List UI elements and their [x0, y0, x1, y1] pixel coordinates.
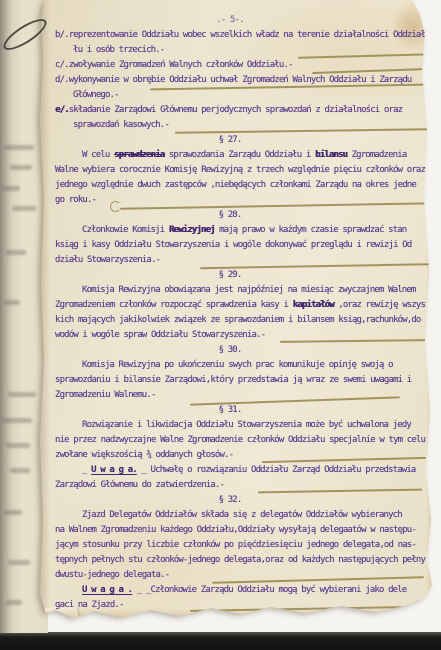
paragraph-29-line: kich mających jakikolwiek związek ze spr…: [55, 313, 438, 328]
paragraph-27-line: jednego względnie dwuch zastępców ,niebę…: [55, 178, 438, 193]
overtyped-word: sprawdzenia: [114, 150, 164, 160]
text-segment: Zgromadzeniem członków rozpocząć sprawdz…: [55, 300, 293, 310]
pen-curl-mark: [110, 201, 121, 212]
uwaga-note-line: U w a g a . _ _Członkowie Zarządu Oddzia…: [55, 583, 438, 598]
section-heading-31: § 31.: [36, 403, 424, 418]
paragraph-27-line: Walne wybiera corocznie Komisję Rewizyjn…: [55, 163, 438, 178]
text-segment: Członkowie Komisji: [82, 225, 169, 235]
text-segment: _: [82, 465, 91, 475]
list-item-b: b/.reprezentowanie Oddziału wobec wszelk…: [55, 28, 438, 43]
text-segment: W celu: [82, 150, 114, 160]
scanned-document: .- 5-. b/.reprezentowanie Oddziału wobec…: [0, 0, 441, 650]
section-heading-29: § 29.: [36, 268, 424, 283]
section-heading-32: § 32.: [36, 493, 424, 508]
uwaga-label: U w a g a.: [91, 465, 137, 475]
paragraph-29-line: Komisja Rewizyjna obowiązana jest najpóź…: [55, 283, 438, 298]
list-item-e: e/.składanie Zarządowi Głównemu perjodyc…: [55, 103, 438, 118]
page-number: .- 5-.: [36, 13, 424, 28]
paragraph-31-line: nie przez nadzwyczajne Walne Zgromadzeni…: [55, 433, 438, 448]
paragraph-32-line: jącym stosunku przy liczbie członków po …: [55, 538, 438, 553]
document-page-wrap: .- 5-. b/.reprezentowanie Oddziału wobec…: [0, 0, 441, 650]
uwaga-note-line: gaci na Zjazd.-: [55, 598, 438, 613]
text-segment: składanie Zarządowi Głównemu perjodyczny…: [69, 105, 403, 115]
paragraph-28-line: Członkowie Komisji Rewizyjnej mają prawo…: [55, 223, 438, 238]
text-segment: mają prawo w każdym czasie sprawdzać sta…: [215, 225, 407, 235]
paragraph-31-line: zwołane większością ¾ oddanych głosów.-: [55, 448, 438, 463]
text-segment: ,oraz rewizję wszys: [334, 300, 425, 310]
section-heading-28: § 28.: [36, 208, 424, 223]
paragraph-29-line: Zgromadzeniem członków rozpocząć sprawdz…: [55, 298, 438, 313]
section-heading-30: § 30.: [36, 343, 424, 358]
overtyped-word: Rewizyjnej: [169, 225, 215, 235]
text-segment: sprawozdania Zarządu Oddziału i: [164, 150, 315, 160]
paragraph-28-line: ksiąg i kasy Oddziału Stowarzyszenia i w…: [55, 238, 438, 253]
paragraph-30-line: Komisja Rewizyjna po ukończeniu swych pr…: [55, 358, 438, 373]
overtyped-word: kapitałów: [293, 300, 334, 310]
overtyped-letter: e/.: [55, 105, 69, 115]
text-segment: Zgromadzenia: [347, 150, 406, 160]
document-page: .- 5-. b/.reprezentowanie Oddziału wobec…: [36, 0, 438, 626]
uwaga-note-line: _ U w a g a. _ Uchwałę o rozwiązaniu Odd…: [55, 463, 438, 478]
text-line: Głównego.-: [73, 88, 438, 103]
paragraph-30-line: sprawozdaniu i bilansie Zarządowi,który …: [55, 373, 438, 388]
paragraph-32-line: na Walnem Zgromadzeniu każdego Oddziału,…: [55, 523, 438, 538]
uwaga-label: U w a g a .: [82, 585, 132, 595]
overtyped-word: bilansu: [315, 150, 347, 160]
paragraph-32-line: Zjazd Delegatów Oddziałów składa się z d…: [55, 508, 438, 523]
text-segment: _ Uchwałę o rozwiązaniu Oddziału Zarząd …: [137, 465, 416, 475]
section-heading-27: § 27.: [36, 133, 424, 148]
paragraph-32-line: tępnych pełnych stu członków-jednego del…: [55, 553, 438, 568]
paragraph-27-line: W celu sprawdzenia sprawozdania Zarządu …: [55, 148, 438, 163]
typed-text-block: .- 5-. b/.reprezentowanie Oddziału wobec…: [36, 0, 438, 613]
text-segment: _ _Członkowie Zarządu Oddziału mogą być …: [132, 585, 406, 595]
paragraph-31-line: Rozwiązanie i likwidacja Oddziału Stowar…: [55, 418, 438, 433]
